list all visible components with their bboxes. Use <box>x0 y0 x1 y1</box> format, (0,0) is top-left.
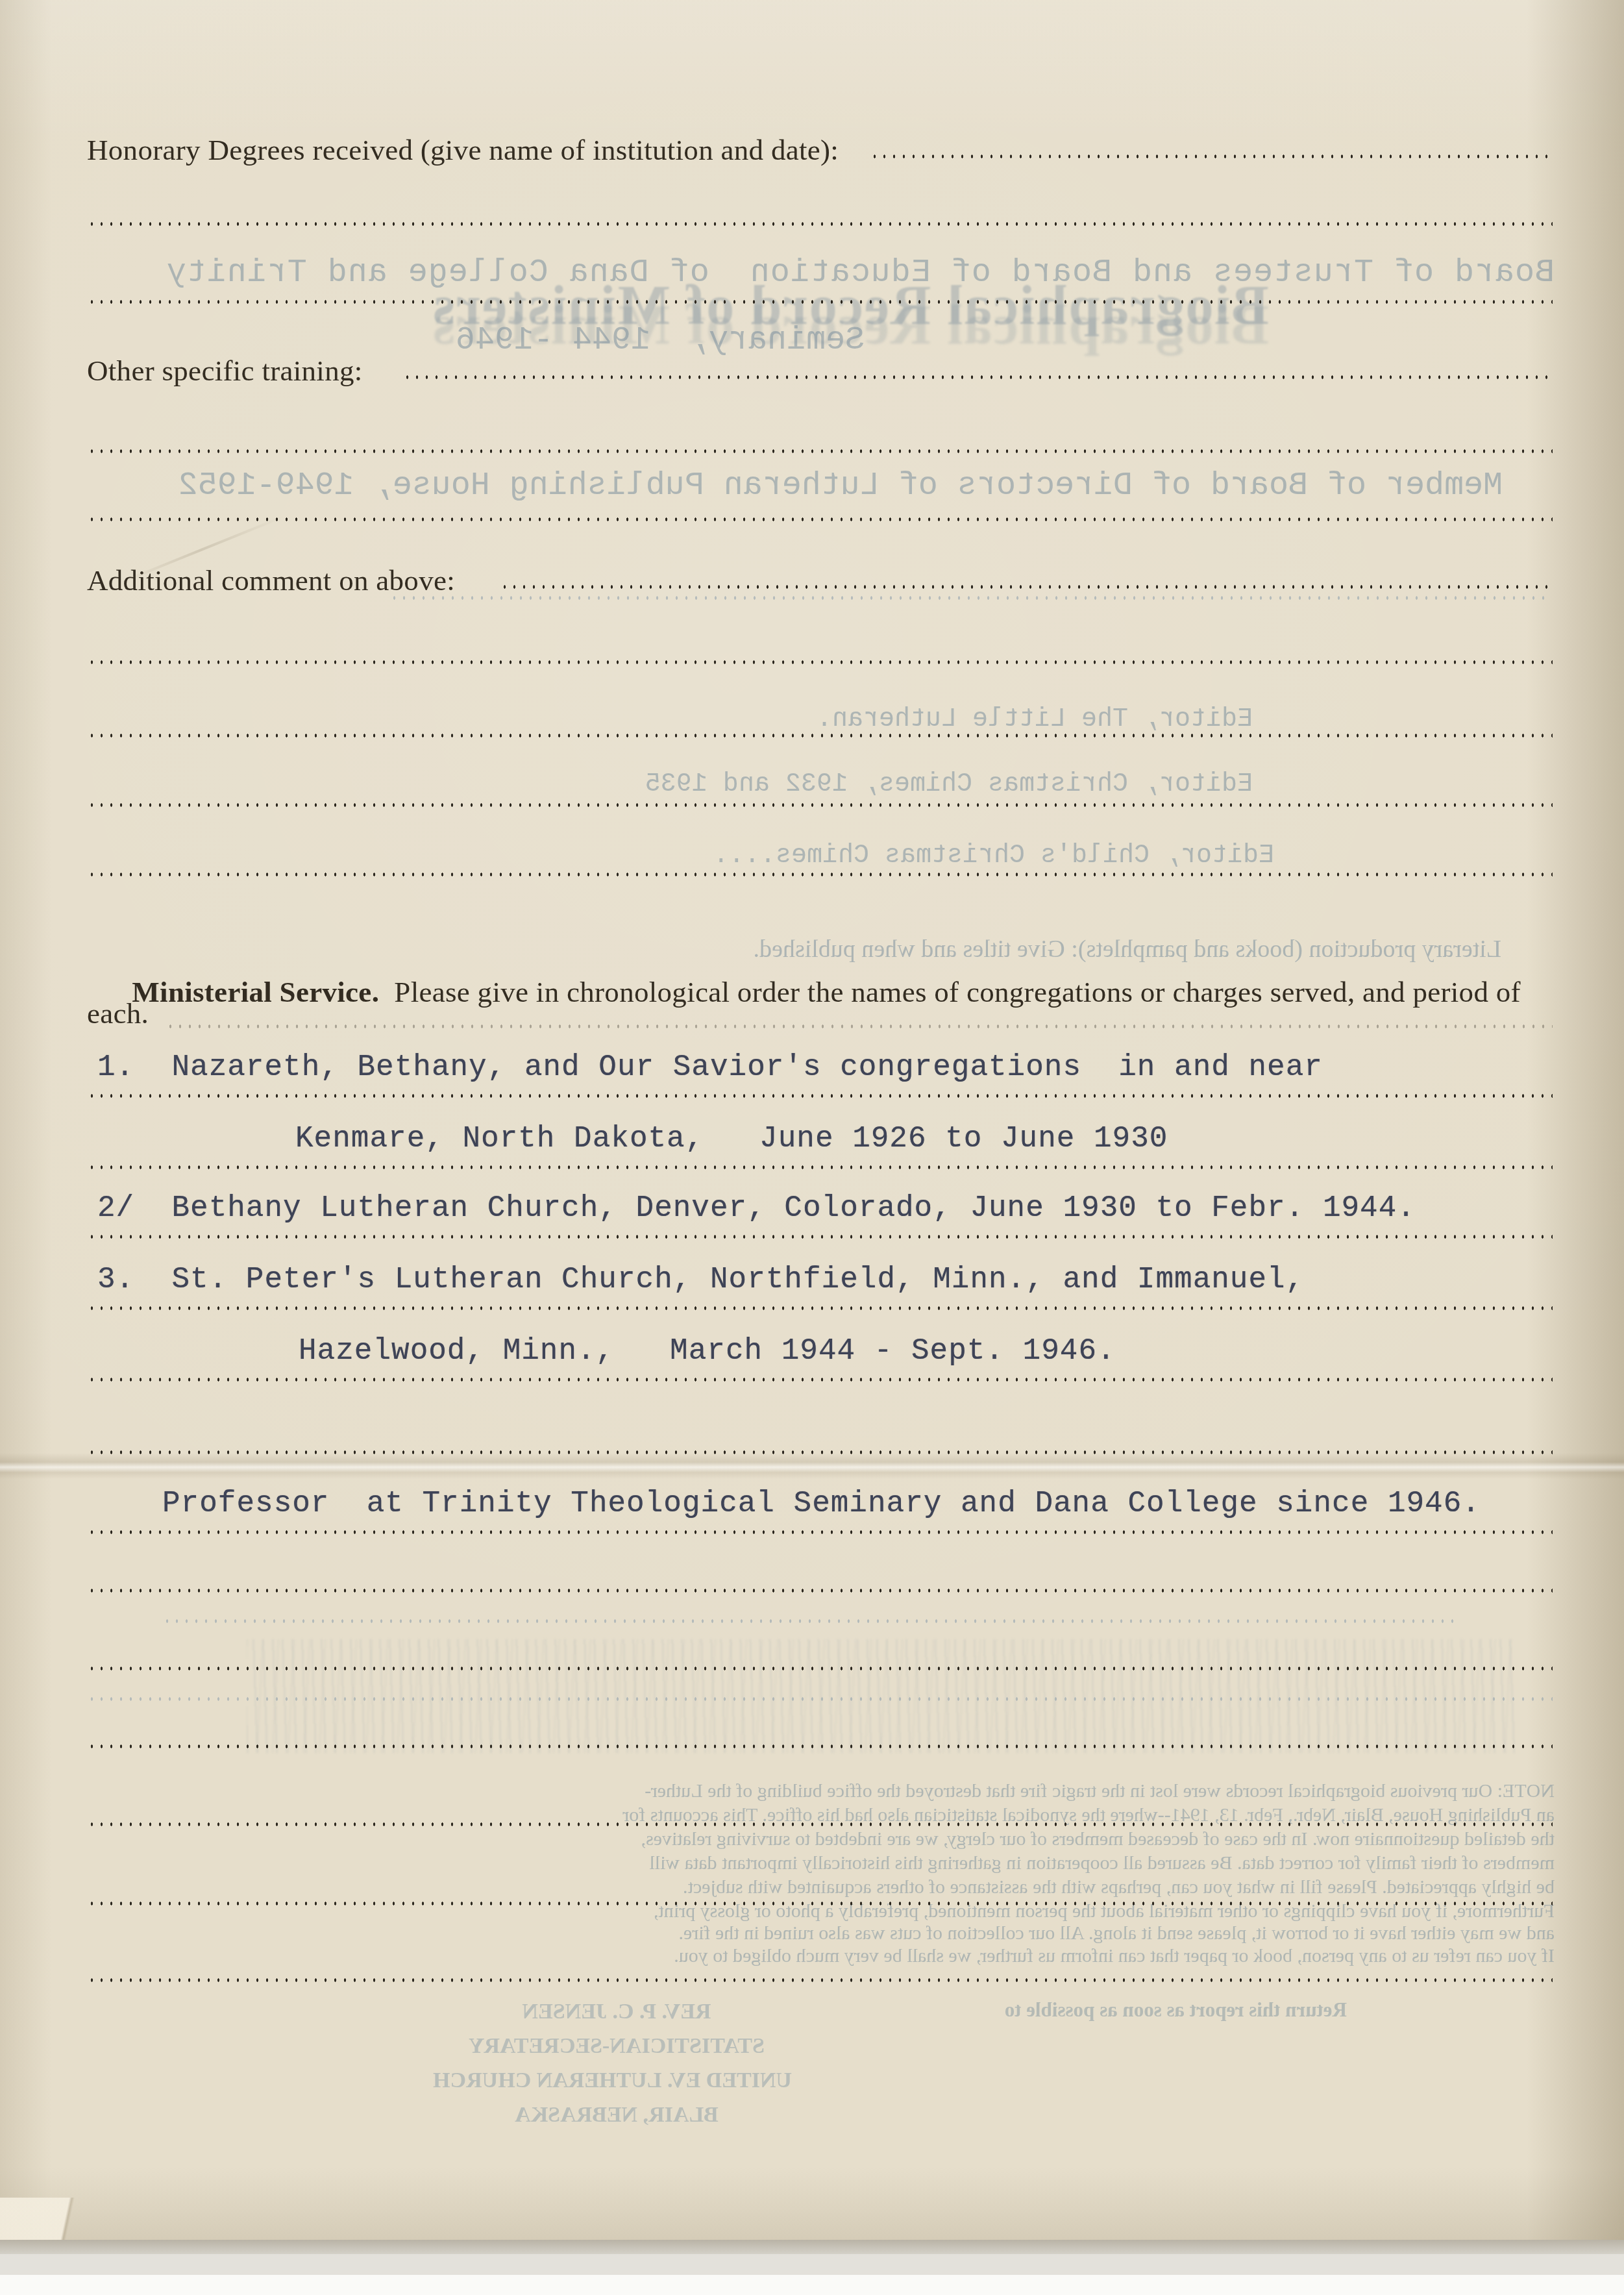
bleedthrough-note-line: be highly appreciated. Please fill in wh… <box>75 1876 1555 1898</box>
ministerial-service-heading: Ministerial Service. <box>132 976 379 1008</box>
dotted-line <box>87 1234 1553 1240</box>
ministerial-service-instructions: Please give in chronological order the n… <box>379 976 1521 1008</box>
dotted-line <box>402 374 1553 380</box>
bleedthrough-seminary-line: Seminary, 1944 -1946 <box>436 322 865 359</box>
dotted-line <box>87 802 1553 808</box>
bleedthrough-note-line: members of their family for correct data… <box>75 1852 1555 1874</box>
dotted-line <box>87 221 1553 227</box>
typed-entry-congregation-1: 1. Nazareth, Bethany, and Our Savior's c… <box>97 1050 1323 1084</box>
dotted-line <box>87 732 1553 739</box>
scanner-background-grey <box>0 2254 1624 2275</box>
paper-edge-shadow <box>0 2240 1624 2254</box>
dotted-line <box>87 1743 1553 1750</box>
dotted-line <box>87 1900 1553 1907</box>
bleedthrough-editor-little-lutheran: Editor, The Little Lutheran. <box>811 705 1253 734</box>
form-label-other-training: Other specific training: <box>87 354 363 388</box>
bleedthrough-address-line: STATISTICIAN-SECRETARY <box>441 2034 792 2059</box>
paper-crease <box>0 1453 1624 1479</box>
paper-sheet: Board of Trustees and Board of Education… <box>0 0 1624 2245</box>
dotted-line <box>870 153 1553 160</box>
dotted-line <box>87 1821 1553 1828</box>
dotted-line <box>500 584 1553 590</box>
dotted-line <box>166 1023 1553 1030</box>
bleedthrough-dotted-line <box>162 1618 1460 1624</box>
dotted-line <box>87 1665 1553 1672</box>
folded-corner <box>0 2198 123 2245</box>
bleedthrough-note-line: NOTE: Our previous biographical records … <box>75 1780 1555 1802</box>
bleedthrough-note-line: the detailed questionnaire now. In the c… <box>75 1828 1555 1850</box>
form-label-ministerial-service-line2: each. <box>87 997 149 1030</box>
dotted-line <box>87 1977 1553 1983</box>
bleedthrough-note-line: and we may either have it or borrow it, … <box>75 1922 1555 1944</box>
bleedthrough-return-line: Return this report as soon as possible t… <box>1003 1998 1347 2022</box>
dotted-line <box>87 1164 1553 1171</box>
bleedthrough-address-line: BLAIR, NEBRASKA <box>441 2103 792 2128</box>
dotted-line <box>87 1529 1553 1535</box>
scanner-background-white <box>0 2275 1624 2295</box>
typed-entry-congregation-3: 3. St. Peter's Lutheran Church, Northfie… <box>97 1263 1304 1296</box>
dotted-line <box>87 1376 1553 1383</box>
dotted-line <box>87 1305 1553 1311</box>
bleedthrough-address-line: UNITED EV. LUTHERAN CHURCH <box>441 2068 792 2093</box>
bleedthrough-dotted-line <box>87 1696 1553 1702</box>
bleedthrough-member-line: Member of Board of Directors of Lutheran… <box>78 467 1503 504</box>
scanned-form-page: Board of Trustees and Board of Education… <box>0 0 1624 2295</box>
dotted-line <box>87 299 1553 305</box>
typed-entry-congregation-1b: Kenmare, North Dakota, June 1926 to June… <box>295 1122 1168 1156</box>
dotted-line <box>87 1093 1553 1099</box>
dotted-line <box>87 448 1553 454</box>
form-label-additional-comment: Additional comment on above: <box>87 564 455 597</box>
bleedthrough-dotted-line <box>389 595 1545 601</box>
typed-entry-congregation-3b: Hazelwood, Minn., March 1944 - Sept. 194… <box>299 1334 1116 1368</box>
dotted-line <box>87 1587 1553 1594</box>
bleedthrough-note-line: If you can refer us to any person, book … <box>75 1945 1555 1967</box>
bleedthrough-editor-childs-chimes: Editor, Child's Christmas Chimes.... <box>732 841 1274 871</box>
typed-entry-professor: Professor at Trinity Theological Seminar… <box>162 1487 1481 1520</box>
bleedthrough-editor-christmas-chimes: Editor, Christmas Chimes, 1932 and 1935 <box>626 770 1253 799</box>
form-label-honorary-degrees: Honorary Degrees received (give name of … <box>87 133 839 167</box>
dotted-line <box>87 659 1553 665</box>
dotted-line <box>87 871 1553 878</box>
dotted-line <box>87 516 1553 523</box>
typed-entry-congregation-2: 2/ Bethany Lutheran Church, Denver, Colo… <box>97 1191 1416 1225</box>
bleedthrough-address-line: REV. P. C. JENSEN <box>441 2000 792 2024</box>
